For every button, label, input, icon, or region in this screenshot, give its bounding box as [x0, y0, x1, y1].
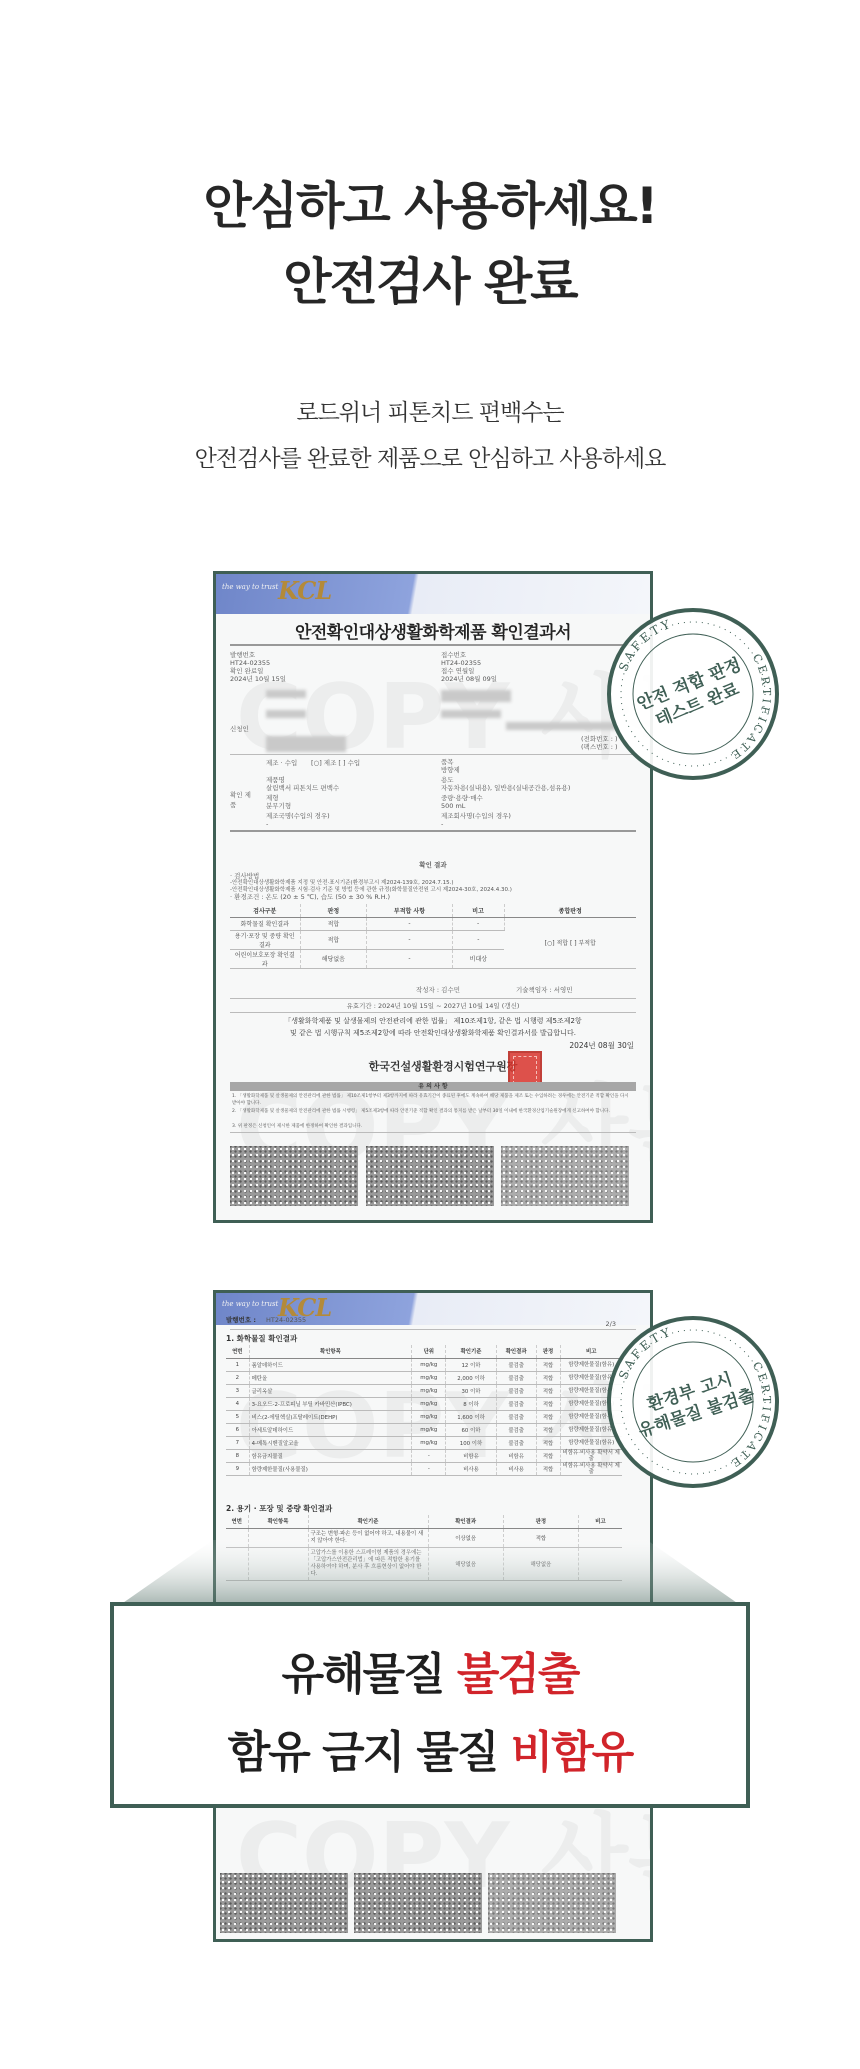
writer: 작성자 : 김수민 — [416, 985, 460, 995]
issue-no-label: 발행번호 : — [226, 1315, 256, 1325]
notice-item: 3. 위 판정은 신청인이 제시한 제품에 한정하여 확인한 결과입니다. — [232, 1123, 632, 1130]
statement-line: 및 같은 법 시행규칙 제5조제2항에 따라 안전확인대상생활화학제품 확인결과… — [216, 1028, 650, 1038]
brand-tagline: the way to trust — [222, 1300, 278, 1308]
table-row: 1폼알데하이드mg/kg12 이하불검출적합함량제한물질(함유) — [226, 1358, 622, 1371]
notice-heading: 유 의 사 항 — [230, 1082, 636, 1091]
divider — [230, 1132, 636, 1133]
table-row: 9함량제한물질(사용물질)-비사용비사용적합비함유·비사용 확약서 제출 — [226, 1462, 622, 1475]
redacted-block — [266, 710, 306, 718]
subtitle-line-1: 로드위너 피톤치드 편백수는 — [0, 390, 860, 436]
env-line: · 환경조건 : 온도 (20 ± 5 ℃), 습도 (50 ± 30 % R.… — [230, 892, 390, 902]
safety-certificate-stamp-2: SAFETY CERTIFICATE 환경부 고시 유해물질 불검출 — [604, 1313, 782, 1491]
table-row: 5비스(2-에틸헥실)프탈레이트(DEHP)mg/kg1,600 이하불검출적합… — [226, 1410, 622, 1423]
product-label: 확인 제품 — [230, 790, 252, 810]
statement-line: 「생활화학제품 및 살생물제의 안전관리에 관한 법률」 제10조제1항, 같은… — [216, 1016, 650, 1026]
applicant-label: 신청인 — [230, 724, 249, 734]
highlight-text: 불검출 — [457, 1649, 579, 1700]
issue-no: HT24-02355 — [266, 1315, 306, 1325]
redacted-block — [506, 722, 616, 730]
divider — [230, 754, 636, 755]
notice-item: 2. 「생활화학제품 및 살생물제의 안전관리에 관한 법률 시행령」 제5조제… — [232, 1108, 632, 1115]
divider — [230, 830, 636, 832]
weight-value: 500 mL — [441, 801, 465, 811]
callout-line-2: 함유 금지 물질 비함유 — [114, 1716, 746, 1780]
table-row: 43-요오드-2-프로피닐 부틸 카바민산(IPBC)mg/kg8 이하불검출적… — [226, 1397, 622, 1410]
kcl-logo: KCL — [278, 576, 331, 605]
section-title: 2. 용기 · 포장 및 중량 확인결과 — [226, 1503, 332, 1514]
divider — [230, 644, 636, 646]
title-line-2: 안전검사 완료 — [0, 244, 860, 320]
tech-manager: 기술책임자 : 서영민 — [516, 985, 573, 995]
country-label: 제조국명(수입의 경우) — [266, 811, 330, 821]
callout-line-1: 유해물질 불검출 — [114, 1638, 746, 1702]
security-pattern — [488, 1873, 616, 1933]
manufacture-value: [○] 제조 [ ] 수입 — [311, 758, 360, 768]
subtitle-line-2: 안전검사를 완료한 제품으로 안심하고 사용하세요 — [0, 436, 860, 482]
manufacture-label: 제조 · 수입 — [266, 758, 297, 768]
overall-verdict: [○] 적합 [ ] 부적합 — [504, 917, 636, 968]
maker-label: 제조회사명(수입의 경우) — [441, 811, 511, 821]
redacted-block — [266, 736, 346, 752]
security-pattern — [354, 1873, 482, 1933]
table-row: 2메탄올mg/kg2,000 이하불검출적합함량제한물질(함유) — [226, 1371, 622, 1384]
table-row: 3글리옥살mg/kg30 이하불검출적합함량제한물질(함유) — [226, 1384, 622, 1397]
security-pattern — [501, 1146, 629, 1206]
table-row: 8함유금지물질-비함유비함유적합비함유·비사용 확약서 제출 — [226, 1449, 622, 1462]
use-value: 자동차용(실내용), 일반용(실내공간용,섬유용) — [441, 783, 570, 793]
security-pattern — [230, 1146, 358, 1206]
maker-value: - — [441, 819, 443, 829]
validity-period: 유효기간 : 2024년 10월 15일 ~ 2027년 10월 14일 (갱신… — [216, 1001, 650, 1011]
issue-date: 2024년 08월 30일 — [569, 1041, 634, 1051]
safety-certificate-stamp-1: SAFETY CERTIFICATE 안전 적합 판정 테스트 완료 — [604, 605, 782, 783]
title-line-1: 안심하고 사용하세요! — [0, 168, 860, 244]
divider — [230, 1012, 636, 1013]
chemical-results-table: 연번확인항목단위확인기준확인결과판정비고 1폼알데하이드mg/kg12 이하불검… — [226, 1345, 622, 1476]
highlight-callout: 유해물질 불검출 함유 금지 물질 비함유 — [110, 1602, 750, 1808]
item-value: 방향제 — [441, 765, 460, 775]
confirm-date: 2024년 10월 15일 — [230, 674, 286, 684]
product-name-value: 살림백서 피톤치드 편백수 — [266, 783, 339, 793]
brand-tagline: the way to trust — [222, 583, 278, 591]
certificate-title: 안전확인대상생활화학제품 확인결과서 — [216, 618, 650, 643]
page-title: 안심하고 사용하세요! 안전검사 완료 — [0, 168, 860, 320]
table-row: 74-메톡시벤질알코올mg/kg100 이하불검출적합함량제한물질(함유) — [226, 1436, 622, 1449]
table-row: 6아세트알데하이드mg/kg60 이하불검출적합함량제한물질(함유) — [226, 1423, 622, 1436]
issuer-name: 한국건설생활환경시험연구원장 — [216, 1061, 650, 1073]
redacted-block — [266, 690, 306, 698]
table-row: 화학물질 확인결과 적합 - - [○] 적합 [ ] 부적합 — [230, 917, 636, 930]
certificate-image-1: the way to trust KCL COPY 사본 COPY 사본 안전확… — [213, 571, 653, 1223]
page-subtitle: 로드위너 피톤치드 편백수는 안전검사를 완료한 제품으로 안심하고 사용하세요 — [0, 390, 860, 482]
divider — [230, 998, 636, 999]
security-pattern — [220, 1873, 348, 1933]
highlight-text: 비함유 — [511, 1727, 633, 1778]
result-table: 검사구분 판정 부적합 사항 비고 종합판정 화학물질 확인결과 적합 - - … — [230, 904, 636, 969]
form-value: 분무기형 — [266, 801, 291, 811]
notice-item: 1. 「생활화학제품 및 살생물제의 안전관리에 관한 법률」 제10조제1항부… — [232, 1093, 632, 1107]
security-pattern — [366, 1146, 494, 1206]
country-value: - — [266, 819, 268, 829]
redacted-block — [441, 690, 511, 702]
redacted-block — [441, 710, 501, 718]
result-heading: 확인 결과 — [216, 860, 650, 870]
section-title: 1. 화학물질 확인결과 — [226, 1333, 297, 1344]
receipt-date: 2024년 08월 09일 — [441, 674, 497, 684]
divider — [230, 1329, 636, 1330]
